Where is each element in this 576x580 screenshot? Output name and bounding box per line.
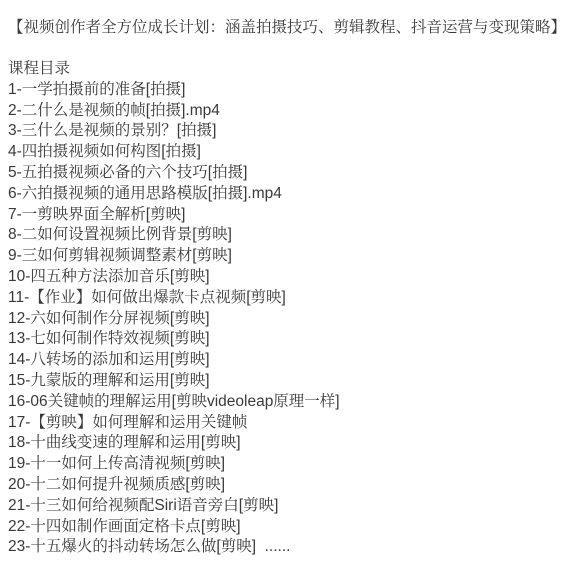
course-item: 10-四五种方法添加音乐[剪映] <box>8 267 566 288</box>
course-description-page: 【视频创作者全方位成长计划：涵盖拍摄技巧、剪辑教程、抖音运营与变现策略】 课程目… <box>0 17 576 558</box>
course-item: 17-【剪映】如何理解和运用关键帧 <box>8 413 566 434</box>
course-item: 12-六如何制作分屏视频[剪映] <box>8 309 566 330</box>
page-title: 【视频创作者全方位成长计划：涵盖拍摄技巧、剪辑教程、抖音运营与变现策略】 <box>8 17 566 38</box>
course-item: 7-一剪映界面全解析[剪映] <box>8 205 566 226</box>
course-item: 13-七如何制作特效视频[剪映] <box>8 329 566 350</box>
course-item: 18-十曲线变速的理解和运用[剪映] <box>8 433 566 454</box>
course-catalog: 课程目录 1-一学拍摄前的准备[拍摄] 2-二什么是视频的帧[拍摄].mp4 3… <box>8 59 566 558</box>
course-item: 20-十二如何提升视频质感[剪映] <box>8 475 566 496</box>
course-item: 3-三什么是视频的景别？[拍摄] <box>8 121 566 142</box>
course-item: 19-十一如何上传高清视频[剪映] <box>8 454 566 475</box>
course-item: 15-九蒙版的理解和运用[剪映] <box>8 371 566 392</box>
course-item: 11-【作业】如何做出爆款卡点视频[剪映] <box>8 288 566 309</box>
course-item: 4-四拍摄视频如何构图[拍摄] <box>8 142 566 163</box>
course-item: 5-五拍摄视频必备的六个技巧[拍摄] <box>8 163 566 184</box>
course-item: 21-十三如何给视频配Siri语音旁白[剪映] <box>8 496 566 517</box>
course-item: 16-06关键帧的理解运用[剪映videoleap原理一样] <box>8 392 566 413</box>
course-item: 1-一学拍摄前的准备[拍摄] <box>8 80 566 101</box>
catalog-heading: 课程目录 <box>8 59 566 80</box>
course-item: 2-二什么是视频的帧[拍摄].mp4 <box>8 101 566 122</box>
course-item: 23-十五爆火的抖动转场怎么做[剪映] ...... <box>8 537 566 558</box>
course-item: 8-二如何设置视频比例背景[剪映] <box>8 225 566 246</box>
course-item: 9-三如何剪辑视频调整素材[剪映] <box>8 246 566 267</box>
course-item: 6-六拍摄视频的通用思路模版[拍摄].mp4 <box>8 184 566 205</box>
course-item: 14-八转场的添加和运用[剪映] <box>8 350 566 371</box>
course-item: 22-十四如制作画面定格卡点[剪映] <box>8 517 566 538</box>
